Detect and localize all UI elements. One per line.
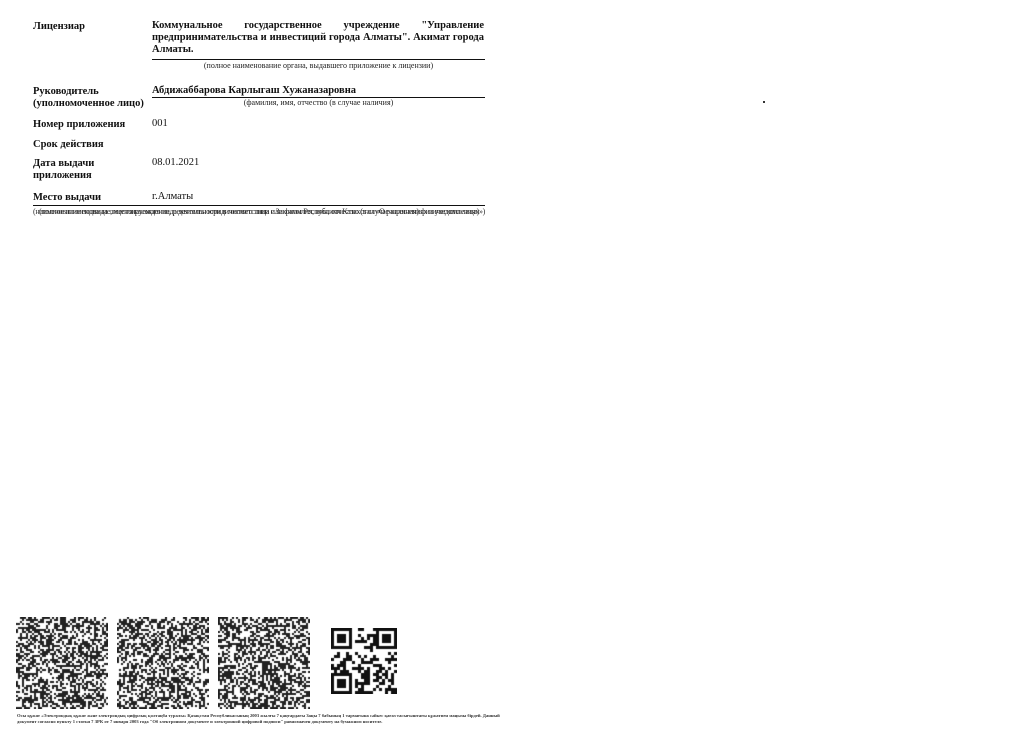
footer-legal-note: Осы құжат «Электрондық құжат және электр… [17,713,507,725]
issue-date-label: Дата выдачи приложения [33,158,113,182]
head-label: Руководитель (уполномоченное лицо) [33,86,148,110]
stray-mark [763,101,765,103]
issue-place-value: г.Алматы [152,191,193,203]
appendix-number-label: Номер приложения [33,119,125,131]
barcode-2-icon [117,617,209,709]
barcode-1-icon [16,617,108,709]
head-caption: (фамилия, имя, отчество (в случае наличи… [152,98,485,108]
barcode-3-icon [218,617,310,709]
licensor-value: Коммунальное государственное учреждение … [152,20,484,56]
overlap-caption-b: (наименование подвида лицензируемого вид… [33,207,485,217]
licensor-underline [152,59,485,60]
qr-code-icon [331,628,397,694]
appendix-number-value: 001 [152,118,168,130]
licensor-caption: (полное наименование органа, выдавшего п… [152,61,485,71]
licensor-label: Лицензиар [33,21,85,33]
issue-date-value: 08.01.2021 [152,157,199,169]
issue-place-label: Место выдачи [33,192,101,204]
place-underline [33,205,485,206]
head-value: Абдижаббарова Карлыгаш Хужаназаровна [152,85,356,97]
validity-label: Срок действия [33,139,104,151]
